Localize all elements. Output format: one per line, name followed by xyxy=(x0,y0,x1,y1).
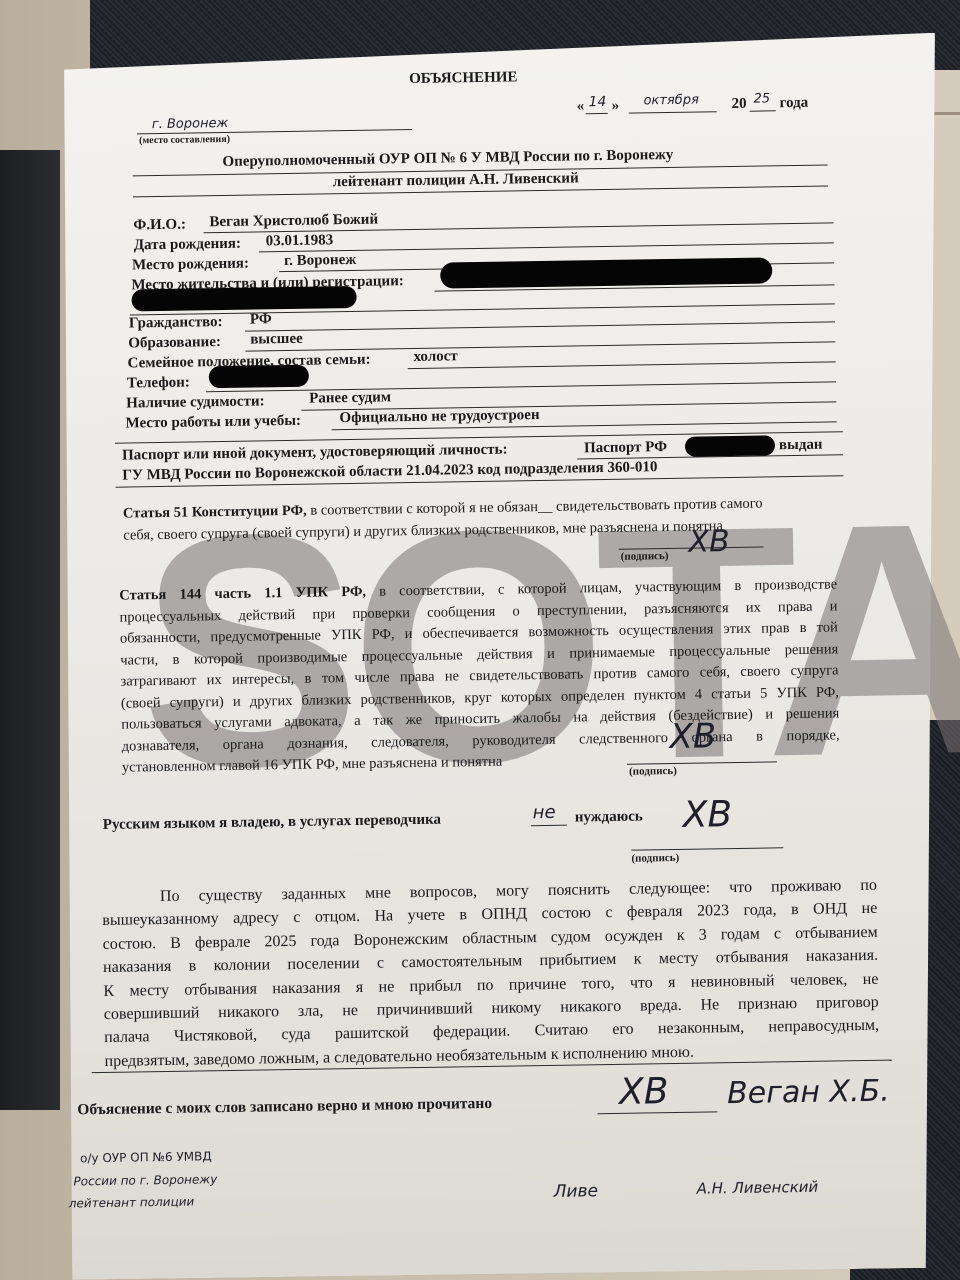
field-label-workplace: Место работы или учебы: xyxy=(125,413,301,433)
date-year-prefix: 20 xyxy=(731,96,746,113)
officer-footer-line-3: лейтенант полиции xyxy=(69,1195,195,1211)
signature-language: ХВ xyxy=(682,794,732,836)
redacted-residence-cont xyxy=(131,286,356,312)
confirmation-handwritten-name: Веган Х.Б. xyxy=(727,1074,890,1112)
signature-line-language xyxy=(631,847,783,850)
date-open-quote: « xyxy=(577,98,585,115)
article-144-title: Статья 144 часть 1.1 УПК РФ, xyxy=(119,584,366,604)
signature-51: ХВ xyxy=(688,524,730,560)
field-label-education: Образование: xyxy=(128,334,221,352)
document-content: ОБЪЯСНЕНИЕ « 14 » октября 20 25 года г. … xyxy=(0,0,960,1280)
field-value-education: высшее xyxy=(250,331,303,349)
officer-line-2: лейтенант полиции А.Н. Ливенский xyxy=(333,170,579,191)
statement: По существу заданных мне вопросов, могу … xyxy=(102,874,880,1073)
field-value-workplace: Официально не трудоустроен xyxy=(339,407,539,427)
redacted-phone xyxy=(209,365,309,389)
field-label-birthplace: Место рождения: xyxy=(132,256,249,275)
field-value-birthplace: г. Воронеж xyxy=(284,252,356,270)
confirmation-signature: ХВ xyxy=(619,1071,669,1113)
officer-footer-line-1: о/у ОУР ОП №6 УМВД xyxy=(80,1149,212,1165)
language-text-after: нуждаюсь xyxy=(575,808,643,826)
officer-handwritten-name: А.Н. Ливенский xyxy=(697,1178,819,1198)
officer-footer-line-2: России по г. Воронежу xyxy=(73,1172,217,1188)
place-caption: (место составления) xyxy=(139,134,230,146)
signature-caption-language: (подпись) xyxy=(631,852,679,865)
confirmation-text: Объяснение с моих слов записано верно и … xyxy=(77,1095,492,1120)
redacted-passport-number xyxy=(685,435,775,456)
field-underline xyxy=(245,341,835,351)
date-month: октября xyxy=(643,92,699,108)
passport-issued-word: выдан xyxy=(779,437,823,455)
field-underline xyxy=(408,361,836,369)
passport-label: Паспорт или иной документ, удостоверяющи… xyxy=(122,442,508,465)
date-year-suffix: 25 xyxy=(753,91,770,106)
language-text-before: Русским языком я владею, в услугах перев… xyxy=(103,812,441,834)
date-close-quote: » xyxy=(612,98,620,115)
field-label-birthdate: Дата рождения: xyxy=(134,236,241,255)
field-label-criminal-record: Наличие судимости: xyxy=(126,393,265,412)
field-underline xyxy=(245,321,835,331)
field-value-birthdate: 03.01.1983 xyxy=(266,232,334,250)
date-day-underline xyxy=(586,113,608,114)
date-month-underline xyxy=(629,111,717,113)
article-144-line: в соответствии, с которой лицам, участву… xyxy=(366,576,837,599)
article-51-title: Статья 51 Конституции РФ, xyxy=(123,503,307,522)
date-year-word: года xyxy=(779,95,808,112)
signature-caption-144: (подпись) xyxy=(629,765,677,778)
language-underline xyxy=(531,825,567,827)
field-value-criminal-record: Ранее судим xyxy=(309,389,391,407)
date-year-underline xyxy=(750,110,776,111)
date-day: 14 xyxy=(588,94,606,110)
passport-type: Паспорт РФ xyxy=(584,439,667,457)
redacted-residence xyxy=(440,257,772,288)
field-value-fio: Веган Христолюб Божий xyxy=(209,212,378,232)
article-51-text-1: в соответствии с которой я не обязан__ с… xyxy=(307,496,763,519)
field-label-phone: Телефон: xyxy=(127,375,190,393)
field-value-citizenship: РФ xyxy=(250,311,272,328)
field-label-fio: Ф.И.О.: xyxy=(133,217,186,235)
document-title: ОБЪЯСНЕНИЕ xyxy=(409,69,518,88)
field-label-citizenship: Гражданство: xyxy=(129,314,223,332)
signature-caption-51: (подпись) xyxy=(621,550,669,563)
officer-signature: Ливе xyxy=(554,1181,599,1202)
field-value-family: холост xyxy=(413,348,457,366)
place-value: г. Воронеж xyxy=(152,116,229,132)
signature-144: ХВ xyxy=(669,716,716,757)
field-underline xyxy=(259,242,834,252)
language-handwritten-ne: не xyxy=(533,802,556,823)
article-144: Статья 144 часть 1.1 УПК РФ, в соответст… xyxy=(119,574,840,779)
